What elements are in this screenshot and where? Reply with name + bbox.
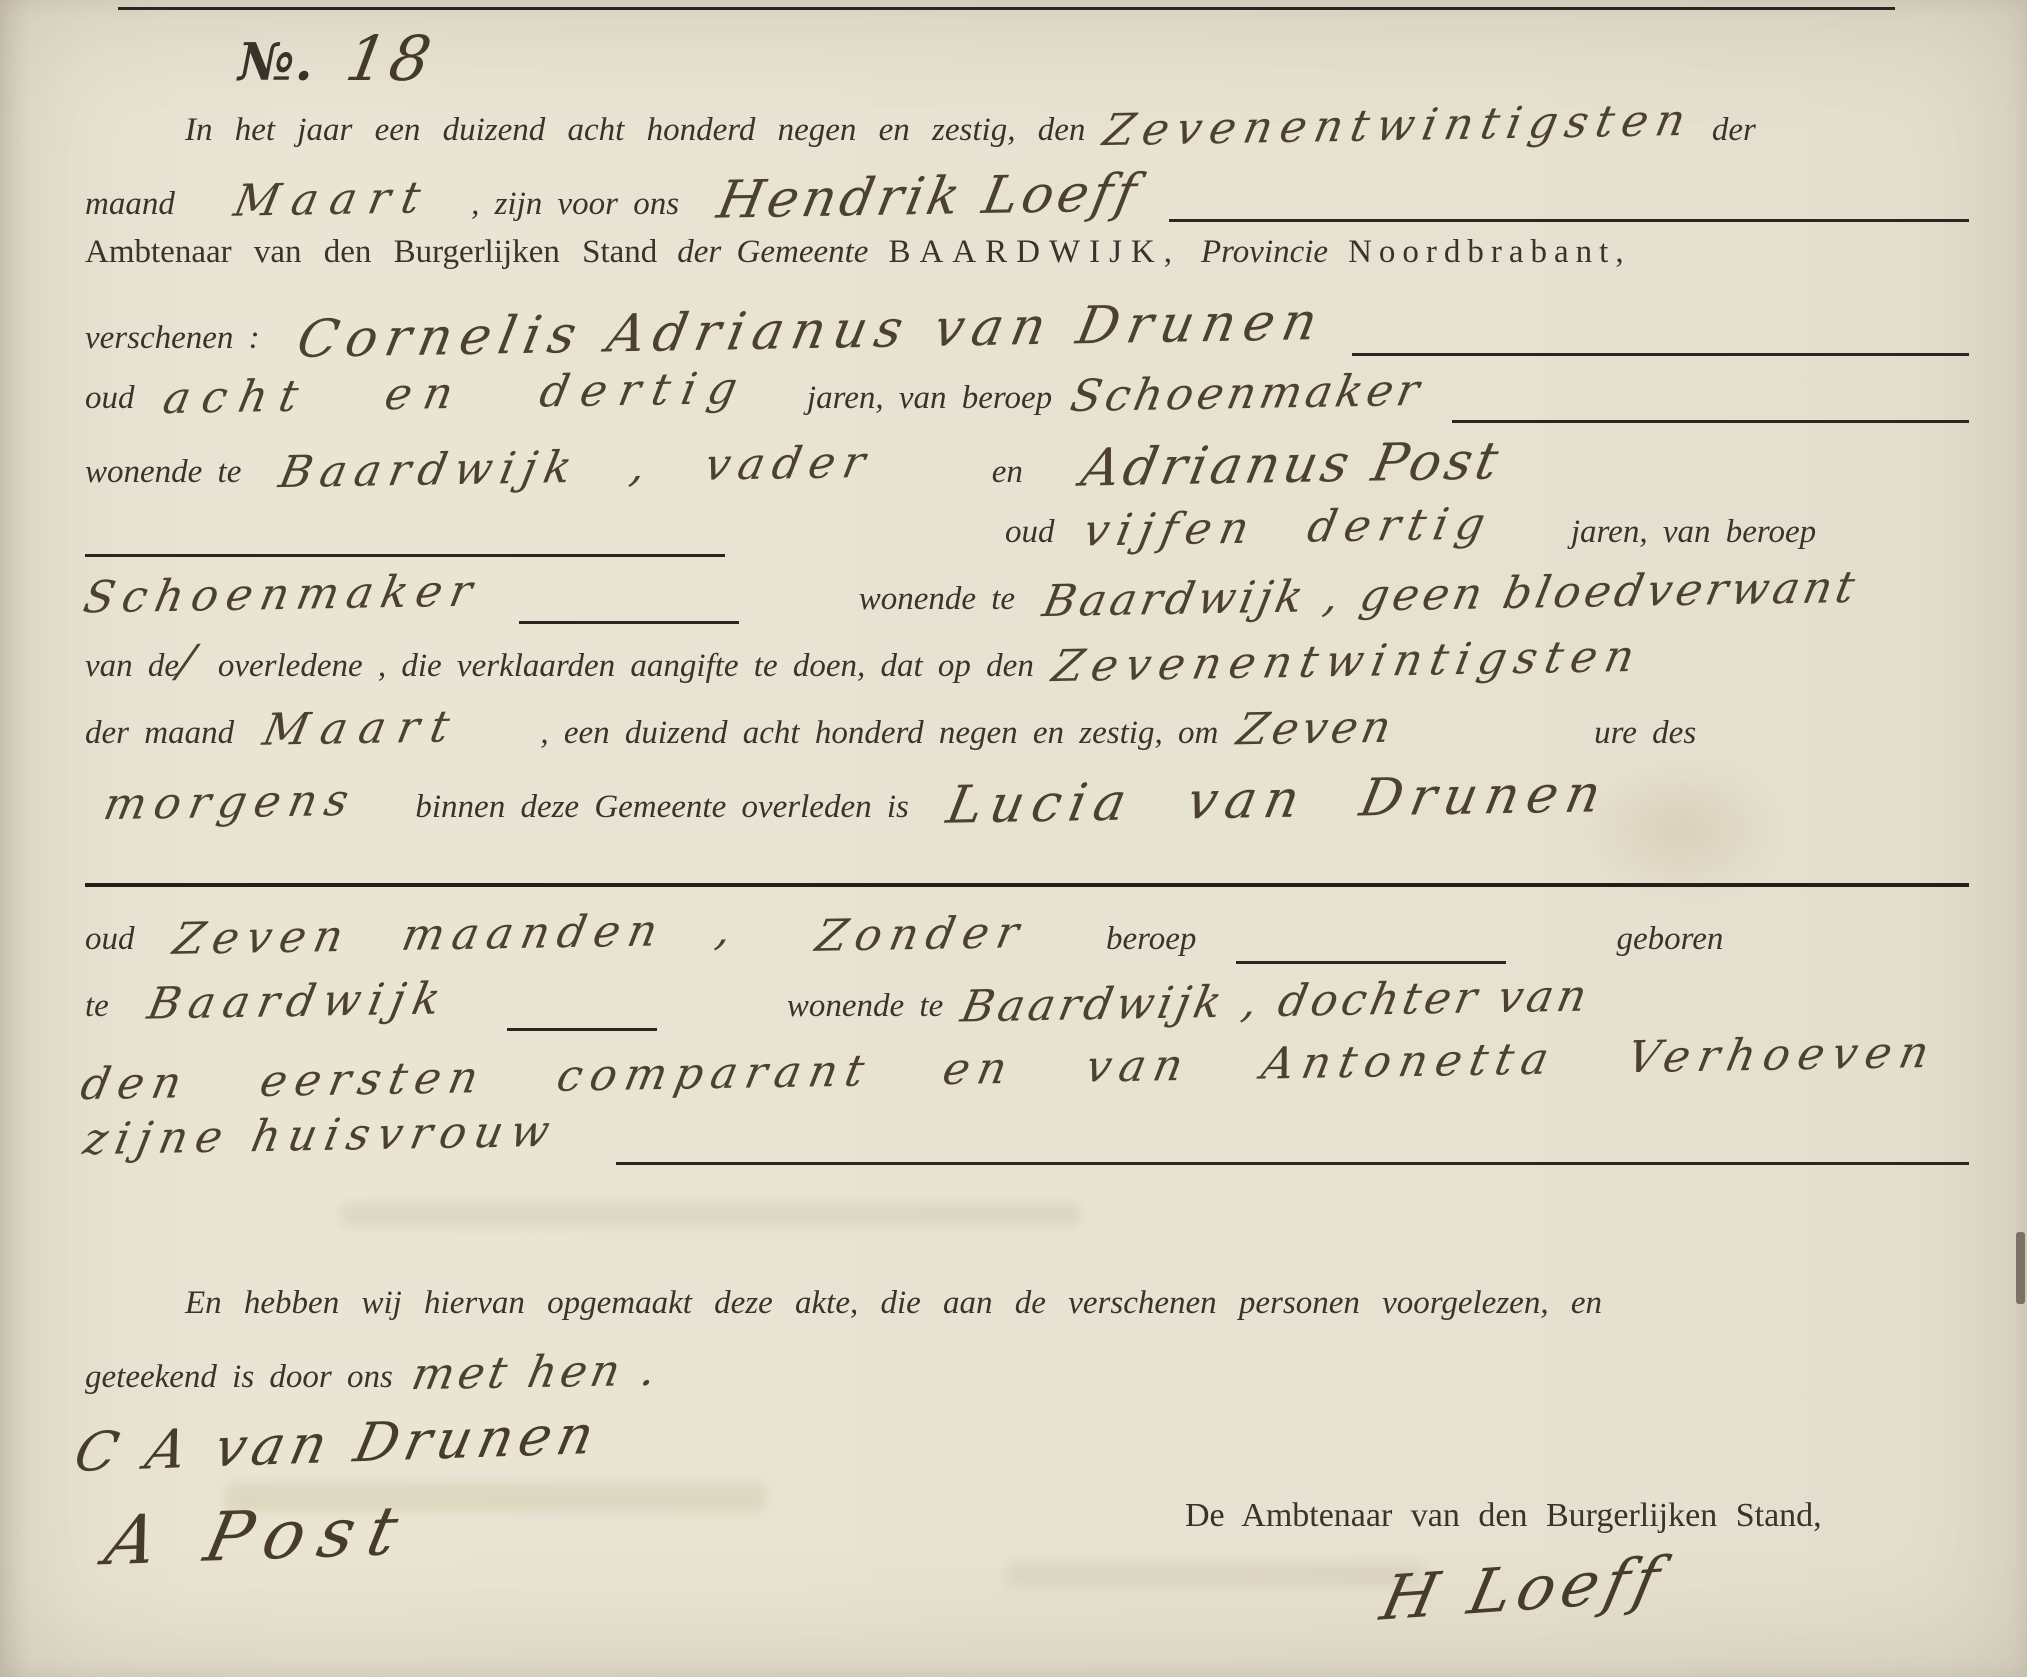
printed-text: wonende te: [85, 454, 241, 491]
handwritten-entry: zijne huisvrouw: [79, 1106, 562, 1165]
blank-line: [1169, 219, 1969, 222]
act-line-9: van de / overledene , die verklaarden aa…: [85, 636, 1969, 703]
handwritten-entry: Baardwijk: [143, 973, 452, 1029]
number-value: 18: [340, 22, 440, 95]
official-title: De Ambtenaar van den Burgerlijken Stand,: [1185, 1497, 1822, 1535]
handwritten-entry: Adrianus Post: [1076, 431, 1506, 498]
handwritten-entry: Zeven: [1233, 702, 1399, 756]
printed-text: verschenen :: [85, 320, 260, 357]
printed-text: wonende te: [787, 988, 943, 1025]
printed-text: In het jaar een duizend acht honderd neg…: [185, 112, 1085, 149]
printed-text: der: [1712, 112, 1756, 149]
handwritten-entry: Hendrik Loeff: [712, 163, 1145, 230]
printed-text: jaren, van beroep: [1571, 514, 1816, 551]
handwritten-entry: Lucia van Drunen: [942, 764, 1614, 835]
printed-text: En hebben wij hiervan opgemaakt deze akt…: [185, 1285, 1602, 1322]
stroke-mark: /: [174, 636, 203, 687]
act-line-15: zijne huisvrouw: [85, 1110, 1969, 1177]
signature-official: H Loeff: [1375, 1542, 1673, 1634]
blank-line: [616, 1162, 1969, 1165]
printed-text: geboren: [1616, 921, 1723, 958]
printed-text: , een duizend acht honderd negen en zest…: [540, 715, 1218, 752]
handwritten-entry: Zevenentwintigsten: [1048, 631, 1647, 692]
handwritten-entry: Baardwijk , dochter van: [957, 971, 1595, 1033]
printed-text: BAARDWIJK,: [888, 234, 1181, 271]
printed-text: Ambtenaar van den Burgerlijken Stand: [85, 234, 657, 271]
closing-line-1: En hebben wij hiervan opgemaakt deze akt…: [85, 1285, 1969, 1347]
printed-text: van de: [85, 648, 179, 685]
printed-text: der maand: [85, 715, 234, 752]
printed-text: binnen deze Gemeente overleden is: [415, 789, 908, 826]
printed-text: Noordbrabant,: [1348, 234, 1631, 271]
act-body: In het jaar een duizend acht honderd neg…: [85, 100, 1969, 1177]
printed-text: wonende te: [859, 581, 1015, 618]
act-line-1: In het jaar een duizend acht honderd neg…: [85, 100, 1969, 167]
signature-witness-1: C A van Drunen: [69, 1403, 605, 1484]
blank-line: [85, 554, 725, 557]
handwritten-entry: Schoenmaker: [79, 566, 484, 624]
printed-text: ure des: [1594, 715, 1696, 752]
printed-text: overledene , die verklaarden aangifte te…: [218, 648, 1034, 685]
handwritten-entry: Schoenmaker: [1067, 365, 1428, 422]
act-line-7: oud vijfen dertig jaren, van beroep: [85, 502, 1969, 569]
act-line-8: Schoenmaker wonende te Baardwijk , geen …: [85, 569, 1969, 636]
blank-line: [507, 1028, 657, 1031]
handwritten-entry: Baardwijk , geen bloedverwant: [1039, 562, 1863, 627]
handwritten-entry: Cornelis Adrianus van Drunen: [292, 292, 1330, 370]
bleed-through: [340, 1203, 1080, 1227]
printed-text: jaren, van beroep: [807, 380, 1052, 417]
handwritten-entry: Zevenentwintigsten: [1099, 95, 1698, 156]
printed-text: maand: [85, 186, 175, 223]
act-line-14: den eersten comparant en van Antonetta V…: [85, 1043, 1969, 1110]
closing-line-2: geteekend is door ons met hen .: [85, 1347, 1969, 1409]
printed-text: oud: [1005, 514, 1055, 551]
handwritten-entry: met hen .: [407, 1345, 664, 1400]
handwritten-entry: Zeven maanden ,: [169, 904, 744, 965]
act-line-4: verschenen : Cornelis Adrianus van Drune…: [85, 301, 1969, 368]
printed-text: en: [992, 454, 1023, 491]
handwritten-entry: Maart: [259, 701, 466, 755]
handwritten-entry: morgens: [100, 775, 361, 830]
printed-text: geteekend is door ons: [85, 1359, 393, 1396]
handwritten-entry: vijfen dertig: [1079, 498, 1497, 556]
printed-text: , zijn voor ons: [471, 186, 679, 223]
printed-text: der Gemeente: [677, 234, 868, 271]
edge-mark: [2016, 1232, 2025, 1304]
act-line-6: wonende te Baardwijk , vader en Adrianus…: [85, 435, 1969, 502]
paper: { "header": { "no_sign": "№.", "no_value…: [0, 0, 2027, 1677]
bleed-through: [1005, 1562, 1425, 1588]
printed-text: oud: [85, 921, 135, 958]
blank-line: [1452, 420, 1969, 423]
act-line-3: Ambtenaar van den Burgerlijken Stand der…: [85, 234, 1969, 301]
handwritten-entry: acht en dertig: [158, 363, 752, 424]
act-line-2: maand Maart , zijn voor ons Hendrik Loef…: [85, 167, 1969, 234]
closing-paragraph: En hebben wij hiervan opgemaakt deze akt…: [85, 1285, 1969, 1409]
act-line-5: oud acht en dertig jaren, van beroep Sch…: [85, 368, 1969, 435]
number-sign: №.: [238, 32, 313, 93]
document-number: №. 18: [238, 22, 434, 95]
handwritten-entry: Baardwijk , vader: [275, 437, 877, 498]
handwritten-entry: Zonder: [812, 907, 1031, 962]
blank-line: [1236, 961, 1506, 964]
printed-text: oud: [85, 380, 135, 417]
printed-text: beroep: [1106, 921, 1196, 958]
printed-text: te: [85, 988, 109, 1025]
top-rule: [118, 7, 1895, 10]
bleed-through: [225, 1482, 765, 1512]
handwritten-entry: Maart: [230, 172, 437, 226]
blank-line: [519, 621, 739, 624]
ink-stain: [1580, 760, 1780, 900]
blank-line: [1352, 353, 1969, 356]
printed-text: Provincie: [1201, 234, 1328, 271]
act-line-12: oud Zeven maanden , Zonder beroep gebore…: [85, 909, 1969, 976]
